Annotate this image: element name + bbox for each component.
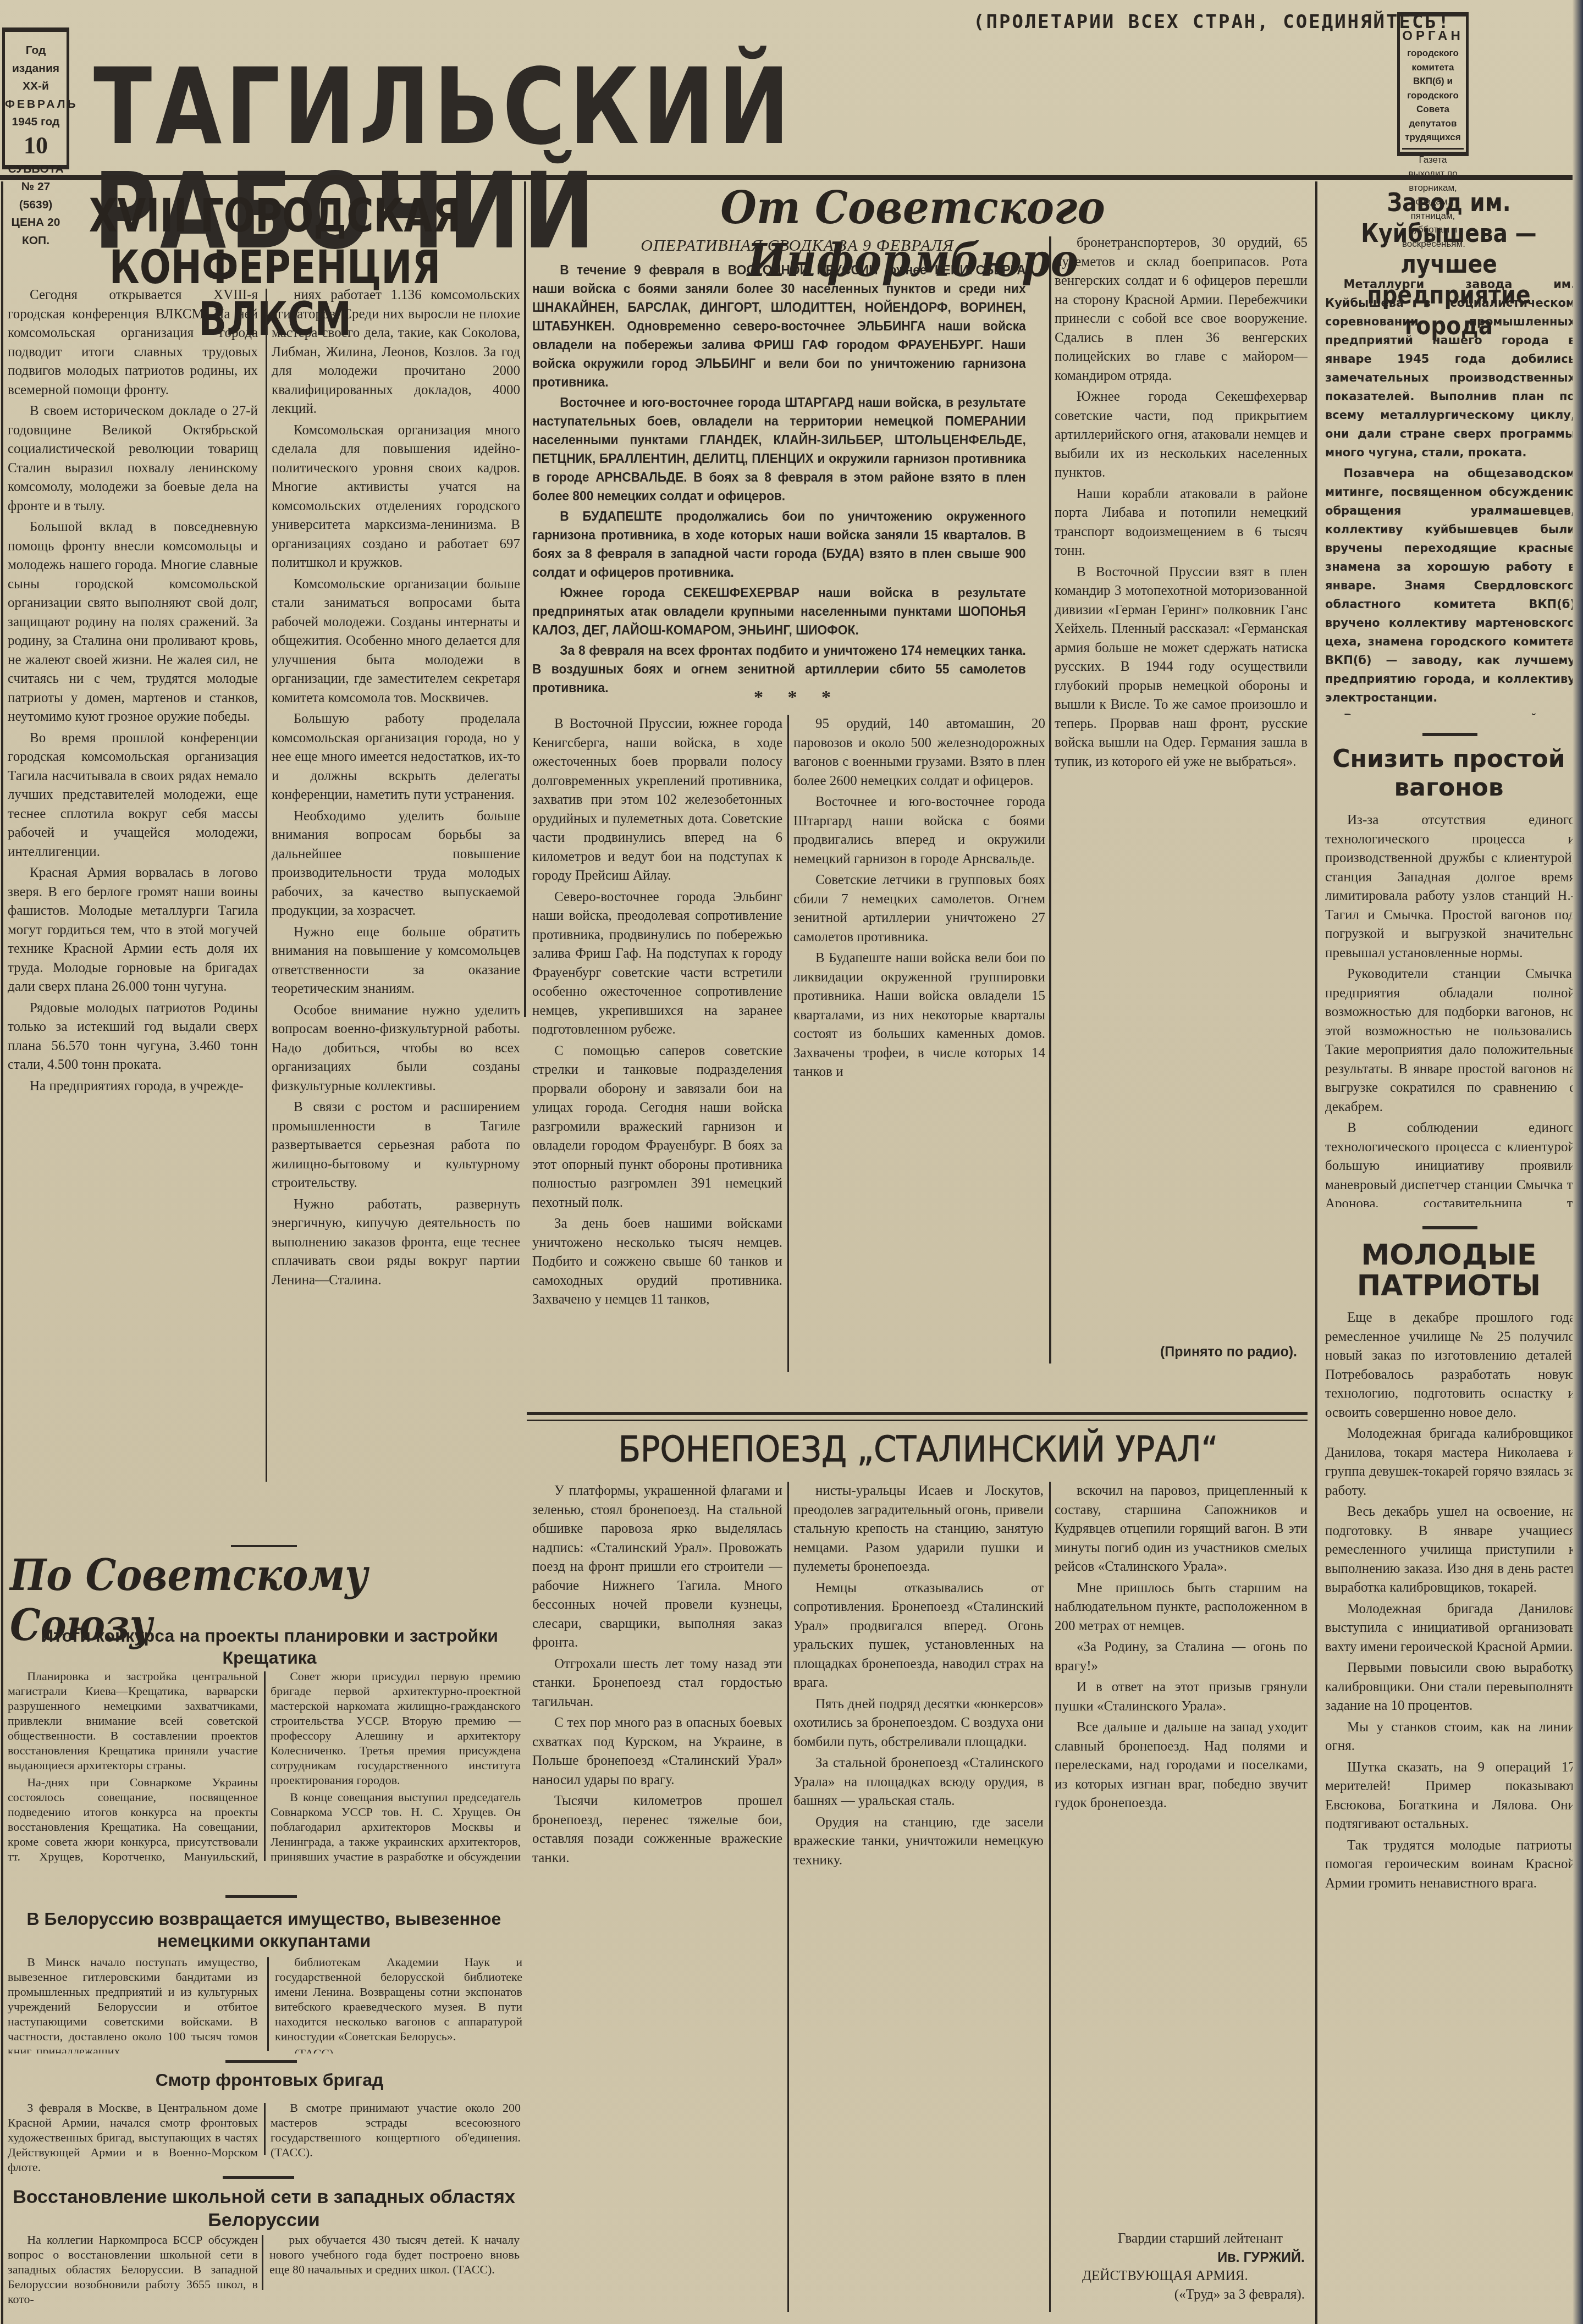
short-rule <box>1422 733 1477 736</box>
paragraph: В Будапеште наши войска вели бои по ликв… <box>793 949 1045 1082</box>
short-rule <box>1422 1226 1477 1229</box>
armored-train-signature: Гвардии старший лейтенант Ив. ГУРЖИЙ. ДЕ… <box>1055 2229 1305 2304</box>
front-brigades-col-1: 3 февраля в Москве, в Центральном доме К… <box>8 2100 258 2177</box>
issue-month: ФЕВРАЛЬ <box>5 96 67 114</box>
paragraph: В связи с ростом и расширением промышлен… <box>272 1098 520 1193</box>
paragraph: И в ответ на этот призыв грянули пушки «… <box>1055 1678 1308 1716</box>
belarus-property-headline: В Белоруссию возвращается имущество, выв… <box>11 1908 517 1952</box>
sovinformburo-col-1: В Восточной Пруссии, южнее города Кенигс… <box>532 715 782 1374</box>
ornament-rule <box>231 1545 297 1547</box>
conference-col-2: ниях работает 1.136 комсомольских агитат… <box>272 286 520 1490</box>
paragraph: Пять дней подряд десятки «юнкерсов» охот… <box>793 1695 1044 1752</box>
schools-col-2: рых обучается 430 тысяч детей. К началу … <box>269 2232 520 2320</box>
paragraph: Восточнее и юго-восточнее города Штаргар… <box>793 793 1045 869</box>
signature-source: («Труд» за 3 февраля). <box>1055 2286 1305 2304</box>
signature-name: Ив. ГУРЖИЙ. <box>1055 2248 1305 2267</box>
paragraph: Планировка и застройка центральной магис… <box>8 1669 258 1773</box>
short-rule <box>225 1895 297 1898</box>
paragraph: На-днях при Совнаркоме Украины состоялос… <box>8 1775 258 1867</box>
paragraph: Молодежная бригада калибровщиков Данилов… <box>1325 1425 1575 1500</box>
paragraph: 3 февраля в Москве, в Центральном доме К… <box>8 2100 258 2174</box>
column-divider <box>1049 236 1051 1364</box>
paragraph: В Минск начало поступать имущество, выве… <box>8 1955 258 2053</box>
paragraph: Металлурги завода им. Куйбышева в социал… <box>1325 275 1575 462</box>
paragraph: Необходимо уделить больше внимания вопро… <box>272 807 520 921</box>
issue-number: № 27 (5639) <box>5 178 67 214</box>
conference-col-1: Сегодня открывается XVIII-я городская ко… <box>8 286 258 1490</box>
paragraph: Во время прошлой конференции городская к… <box>8 729 258 862</box>
sovinformburo-lead: В течение 9 февраля в ВОСТОЧНОЙ ПРУССИИ … <box>532 261 1026 706</box>
paragraph: Комсомольская организация много сделала … <box>272 421 520 573</box>
organ-box: ОРГАН городского комитета ВКП(б) и город… <box>1397 12 1469 156</box>
column-divider <box>262 2235 263 2290</box>
paragraph: Позавчера на общезаводском митинге, посв… <box>1325 464 1575 707</box>
young-patriots-article: Еще в декабре прошлого года ремесленное … <box>1325 1309 1575 2298</box>
paragraph: С тех пор много раз в опасных боевых схв… <box>532 1714 782 1790</box>
paragraph: библиотекам Академии Наук и государствен… <box>275 1955 522 2044</box>
paragraph: На коллегии Наркомпроса БССР обсужден во… <box>8 2232 258 2306</box>
column-divider <box>787 715 789 1372</box>
paragraph: В резолюции, принятой на митинге, говори… <box>1325 709 1575 715</box>
armored-train-headline: БРОНЕПОЕЗД „СТАЛИНСКИЙ УРАЛ“ <box>559 1429 1277 1470</box>
schools-col-1: На коллегии Наркомпроса БССР обсужден во… <box>8 2232 258 2320</box>
paragraph: Еще в декабре прошлого года ремесленное … <box>1325 1309 1575 1422</box>
paragraph: Особое внимание нужно уделить вопросам в… <box>272 1001 520 1096</box>
paragraph: Молодежная бригада Данилова выступила с … <box>1325 1600 1575 1657</box>
organ-divider <box>1402 148 1464 150</box>
paragraph: У платформы, украшенной флагами и зелень… <box>532 1482 782 1653</box>
paragraph: Все дальше и дальше на запад уходит слав… <box>1055 1718 1308 1813</box>
column-divider <box>787 1482 789 2312</box>
paragraph: Рядовые молодых патриотов Родины только … <box>8 999 258 1075</box>
paragraph: Сегодня открывается XVIII-я городская ко… <box>8 286 258 400</box>
section-rule <box>527 1412 1308 1415</box>
paragraph: Большую работу проделала комсомольская о… <box>272 710 520 805</box>
paragraph: Руководители станции Смычка, предприятия… <box>1325 965 1575 1117</box>
slogan: (ПРОЛЕТАРИИ ВСЕХ СТРАН, СОЕДИНЯЙТЕСЬ! <box>973 11 1450 33</box>
kreshchatik-col-2: Совет жюри присудил первую премию бригад… <box>271 1669 521 1867</box>
paragraph: Нужно работать, развернуть энергичную, к… <box>272 1195 520 1290</box>
operational-summary-subtitle: ОПЕРАТИВНАЯ СВОДКА ЗА 9 ФЕВРАЛЯ <box>572 236 1023 255</box>
signature-place: ДЕЙСТВУЮЩАЯ АРМИЯ. <box>1055 2267 1305 2286</box>
paragraph: Шутка сказать, на 9 операций 17 мерителе… <box>1325 1758 1575 1834</box>
paragraph: «За Родину, за Сталина — огонь по врагу!… <box>1055 1638 1308 1676</box>
paragraph: 95 орудий, 140 автомашин, 20 паровозов и… <box>793 715 1045 791</box>
short-rule <box>223 2176 294 2179</box>
paragraph: Так трудятся молодые патриоты, помогая г… <box>1325 1836 1575 1894</box>
column-divider <box>1315 181 1317 2324</box>
paragraph: Из-за отсутствия единого технологическог… <box>1325 811 1575 963</box>
paragraph: За день боев нашими войсками уничтожено … <box>532 1215 782 1310</box>
wagons-article: Из-за отсутствия единого технологическог… <box>1325 811 1575 1207</box>
armored-train-col-1: У платформы, украшенной флагами и зелень… <box>532 1482 782 2312</box>
paragraph: Немцы отказывались от сопротивления. Бро… <box>793 1579 1044 1693</box>
kreshchatik-headline: Итоги конкурса на проекты планировки и з… <box>33 1625 506 1669</box>
belarus-property-col-1: В Минск начало поступать имущество, выве… <box>8 1955 258 2053</box>
paragraph: (ТАСС). <box>275 2046 522 2053</box>
paragraph: Наши корабли атаковали в районе порта Ли… <box>1055 485 1308 561</box>
organ-title: ОРГАН <box>1402 26 1464 46</box>
paragraph: В конце совещания выступил председатель … <box>271 1790 521 1867</box>
paragraph: Нужно еще больше обратить внимания на по… <box>272 923 520 999</box>
paragraph: ниях работает 1.136 комсомольских агитат… <box>272 286 520 419</box>
paragraph: Комсомольские организации больше стали з… <box>272 575 520 708</box>
newspaper-page: Год издания ХХ-й ФЕВРАЛЬ 1945 год 10 СУБ… <box>0 0 1583 2324</box>
paragraph: Южнее города СЕКЕШФЕХЕРВАР наши войска в… <box>532 584 1026 640</box>
organ-text: городского комитета ВКП(б) и городского … <box>1402 46 1464 145</box>
paragraph: вскочил на паровоз, прицепленный к соста… <box>1055 1482 1308 1577</box>
column-divider <box>264 2103 266 2155</box>
paragraph: В БУДАПЕШТЕ продолжались бои по уничтоже… <box>532 507 1026 582</box>
sovinformburo-col-3: бронетранспортеров, 30 орудий, 65 пулеме… <box>1055 234 1308 1350</box>
young-patriots-headline: МОЛОДЫЕ ПАТРИОТЫ <box>1320 1240 1578 1301</box>
masthead-rule <box>0 175 1583 180</box>
radio-credit: (Принято по радио). <box>1160 1344 1297 1360</box>
paragraph: Восточнее и юго-восточнее города ШТАРГАР… <box>532 394 1026 506</box>
paragraph: Мы у станков стоим, как на линии огня. <box>1325 1718 1575 1756</box>
column-divider <box>267 1957 269 2051</box>
stars-divider: * * * <box>715 687 880 708</box>
section-rule <box>527 1420 1308 1421</box>
paragraph: С помощью саперов советские стрелки и та… <box>532 1042 782 1213</box>
paragraph: Советские летчики в групповых боях сбили… <box>793 871 1045 947</box>
issue-info-box: Год издания ХХ-й ФЕВРАЛЬ 1945 год 10 СУБ… <box>2 27 69 169</box>
paragraph: Мне пришлось быть старшим на наблюдатель… <box>1055 1579 1308 1636</box>
paragraph: В смотре принимают участие около 200 мас… <box>271 2100 521 2160</box>
publication-year: Год издания ХХ-й <box>5 42 67 96</box>
paragraph: нисты-уральцы Исаев и Лоскутов, преодоле… <box>793 1482 1044 1577</box>
paragraph: бронетранспортеров, 30 орудий, 65 пулеме… <box>1055 234 1308 385</box>
kreshchatik-col-1: Планировка и застройка центральной магис… <box>8 1669 258 1867</box>
paragraph: В Восточной Пруссии, южнее города Кенигс… <box>532 715 782 886</box>
column-divider <box>266 289 267 1482</box>
paragraph: В Восточной Пруссии взят в плен командир… <box>1055 563 1308 772</box>
paragraph: Южнее города Секешфехервар советские час… <box>1055 388 1308 483</box>
paragraph: рых обучается 430 тысяч детей. К началу … <box>269 2232 520 2277</box>
front-brigades-col-2: В смотре принимают участие около 200 мас… <box>271 2100 521 2177</box>
paragraph: Первыми повысили свою выработку калибров… <box>1325 1659 1575 1716</box>
paragraph: Орудия на станцию, где засели вражеские … <box>793 1813 1044 1870</box>
armored-train-col-3: вскочил на паровоз, прицепленный к соста… <box>1055 1482 1308 2229</box>
paragraph: В течение 9 февраля в ВОСТОЧНОЙ ПРУССИИ … <box>532 261 1026 392</box>
left-border <box>1 181 3 2324</box>
signature-rank: Гвардии старший лейтенант <box>1055 2229 1305 2248</box>
wagons-headline: Снизить простой вагонов <box>1320 745 1578 802</box>
armored-train-col-2: нисты-уральцы Исаев и Лоскутов, преодоле… <box>793 1482 1044 2312</box>
paragraph: В соблюдении единого технологического пр… <box>1325 1119 1575 1207</box>
column-divider <box>264 1671 266 1861</box>
paragraph: Большой вклад в повседневную помощь фрон… <box>8 518 258 727</box>
issue-year: 1945 год <box>5 113 67 131</box>
belarus-property-col-2: библиотекам Академии Наук и государствен… <box>275 1955 522 2053</box>
paragraph: За стальной бронепоезд «Сталинского Урал… <box>793 1754 1044 1811</box>
issue-price: ЦЕНА 20 КОП. <box>5 214 67 250</box>
paragraph: Тысячи километров прошел бронепоезд, пер… <box>532 1792 782 1868</box>
column-divider <box>1049 1482 1051 2312</box>
paragraph: Отгрохали шесть лет тому назад эти станк… <box>532 1655 782 1712</box>
sovinformburo-col-2: 95 орудий, 140 автомашин, 20 паровозов и… <box>793 715 1045 1374</box>
front-brigades-headline: Смотр фронтовых бригад <box>33 2070 506 2090</box>
column-divider <box>524 181 526 1017</box>
short-rule <box>225 2060 297 2063</box>
page-edge <box>1573 0 1583 2324</box>
kuibyshev-article: Металлурги завода им. Куйбышева в социал… <box>1325 275 1575 715</box>
issue-day: 10 <box>5 131 67 161</box>
paragraph: В своем историческом докладе о 27-й годо… <box>8 402 258 516</box>
paragraph: Красная Армия ворвалась в логово зверя. … <box>8 864 258 997</box>
paragraph: Северо-восточнее города Эльбинг наши вой… <box>532 888 782 1040</box>
paragraph: На предприятиях города, в учрежде- <box>8 1077 258 1096</box>
paragraph: Весь декабрь ушел на освоение, на подгот… <box>1325 1503 1575 1598</box>
paragraph: Совет жюри присудил первую премию бригад… <box>271 1669 521 1787</box>
schools-headline: Восстановление школьной сети в западных … <box>5 2185 522 2232</box>
